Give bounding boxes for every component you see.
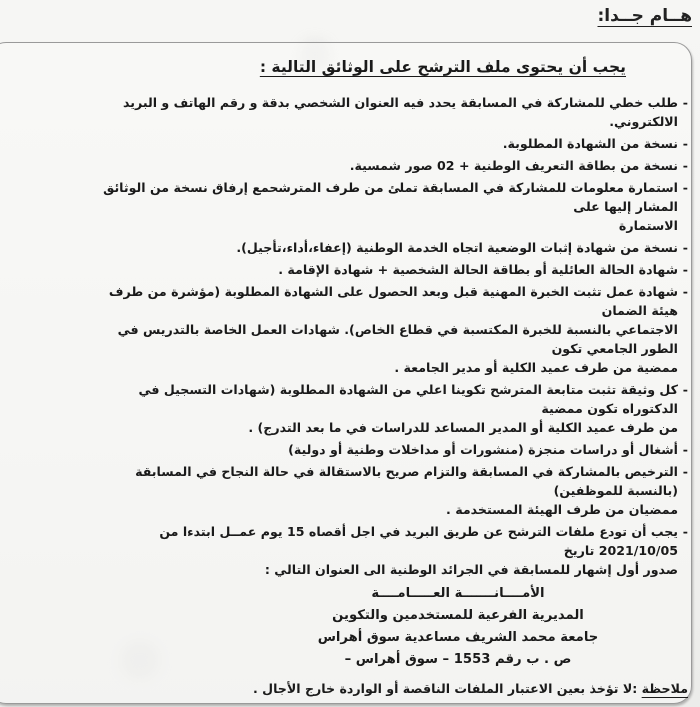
requirement-text: أشغال أو دراسات منجزة (منشورات أو مداخلا… [88,440,678,459]
note-text: :لا تؤخذ بعين الاعتبار الملفات الناقصة أ… [253,681,642,696]
address-line-general-secretariat: الأمــــانـــــــة العـــــامــــة [228,583,688,605]
requirement-text-continued: ممضيان من طرف الهيئة المستخدمة . [88,500,678,519]
note-label: ملاحظة [642,681,688,696]
requirement-text: طلب خطي للمشاركة في المسابقة يحدد فيه ال… [88,93,678,131]
requirement-item: كل وثيقة تثبت متابعة المترشح تكوينا اعلي… [88,380,688,437]
requirement-text: استمارة معلومات للمشاركة في المسابقة تمل… [88,178,678,216]
submission-deadline-text-continued: صدور أول إشهار للمسابقة في الجرائد الوطن… [88,560,678,579]
important-heading: هــام جــدا: [598,6,693,26]
requirement-item: نسخة من بطاقة التعريف الوطنية + 02 صور ش… [88,156,688,175]
requirement-text: نسخة من بطاقة التعريف الوطنية + 02 صور ش… [88,156,678,175]
requirement-item: شهادة الحالة العائلية أو بطاقة الحالة ال… [88,260,688,279]
requirement-text-continued: من طرف عميد الكلية أو المدير المساعد للد… [88,418,678,437]
submission-deadline-text: يجب أن تودع ملفات الترشح عن طريق البريد … [88,522,678,560]
address-line-sub-directorate: المديرية الفرعية للمستخدمين والتكوين [228,605,688,627]
required-documents-heading: يجب أن يحتوى ملف الترشح على الوثائق التا… [88,58,688,77]
requirement-text-continued: ممضية من طرف عميد الكلية أو مدير الجامعة… [88,358,678,377]
requirement-item: استمارة معلومات للمشاركة في المسابقة تمل… [88,178,688,235]
requirement-text-continued: الاجتماعي بالنسبة للخبرة المكتسبة في قطا… [88,320,678,358]
note: ملاحظة :لا تؤخذ بعين الاعتبار الملفات ال… [88,679,688,698]
requirement-text: شهادة عمل تثبت الخبرة المهنية قبل وبعد ا… [88,282,678,320]
requirement-text: الترخيص بالمشاركة في المسابقة والتزام صر… [88,462,678,500]
requirement-item: نسخة من شهادة إثبات الوضعية اتجاه الخدمة… [88,238,688,257]
requirement-text-continued: الاستمارة [88,216,678,235]
requirement-text: كل وثيقة تثبت متابعة المترشح تكوينا اعلي… [88,380,678,418]
requirement-item: شهادة عمل تثبت الخبرة المهنية قبل وبعد ا… [88,282,688,377]
address-line-university: جامعة محمد الشريف مساعدية سوق أهراس [228,627,688,649]
mailing-address: الأمــــانـــــــة العـــــامــــة المدي… [228,583,688,671]
requirement-text: نسخة من شهادة إثبات الوضعية اتجاه الخدمة… [88,238,678,257]
requirement-text: شهادة الحالة العائلية أو بطاقة الحالة ال… [88,260,678,279]
requirement-text: نسخة من الشهادة المطلوبة. [88,134,678,153]
document-content: يجب أن يحتوى ملف الترشح على الوثائق التا… [88,58,688,698]
requirement-item: طلب خطي للمشاركة في المسابقة يحدد فيه ال… [88,93,688,131]
requirement-item: نسخة من الشهادة المطلوبة. [88,134,688,153]
submission-deadline-item: يجب أن تودع ملفات الترشح عن طريق البريد … [88,522,688,579]
requirement-item: الترخيص بالمشاركة في المسابقة والتزام صر… [88,462,688,519]
requirement-item: أشغال أو دراسات منجزة (منشورات أو مداخلا… [88,440,688,459]
address-line-po-box: ص . ب رقم 1553 – سوق أهراس – [228,649,688,671]
requirements-list: طلب خطي للمشاركة في المسابقة يحدد فيه ال… [88,93,688,579]
